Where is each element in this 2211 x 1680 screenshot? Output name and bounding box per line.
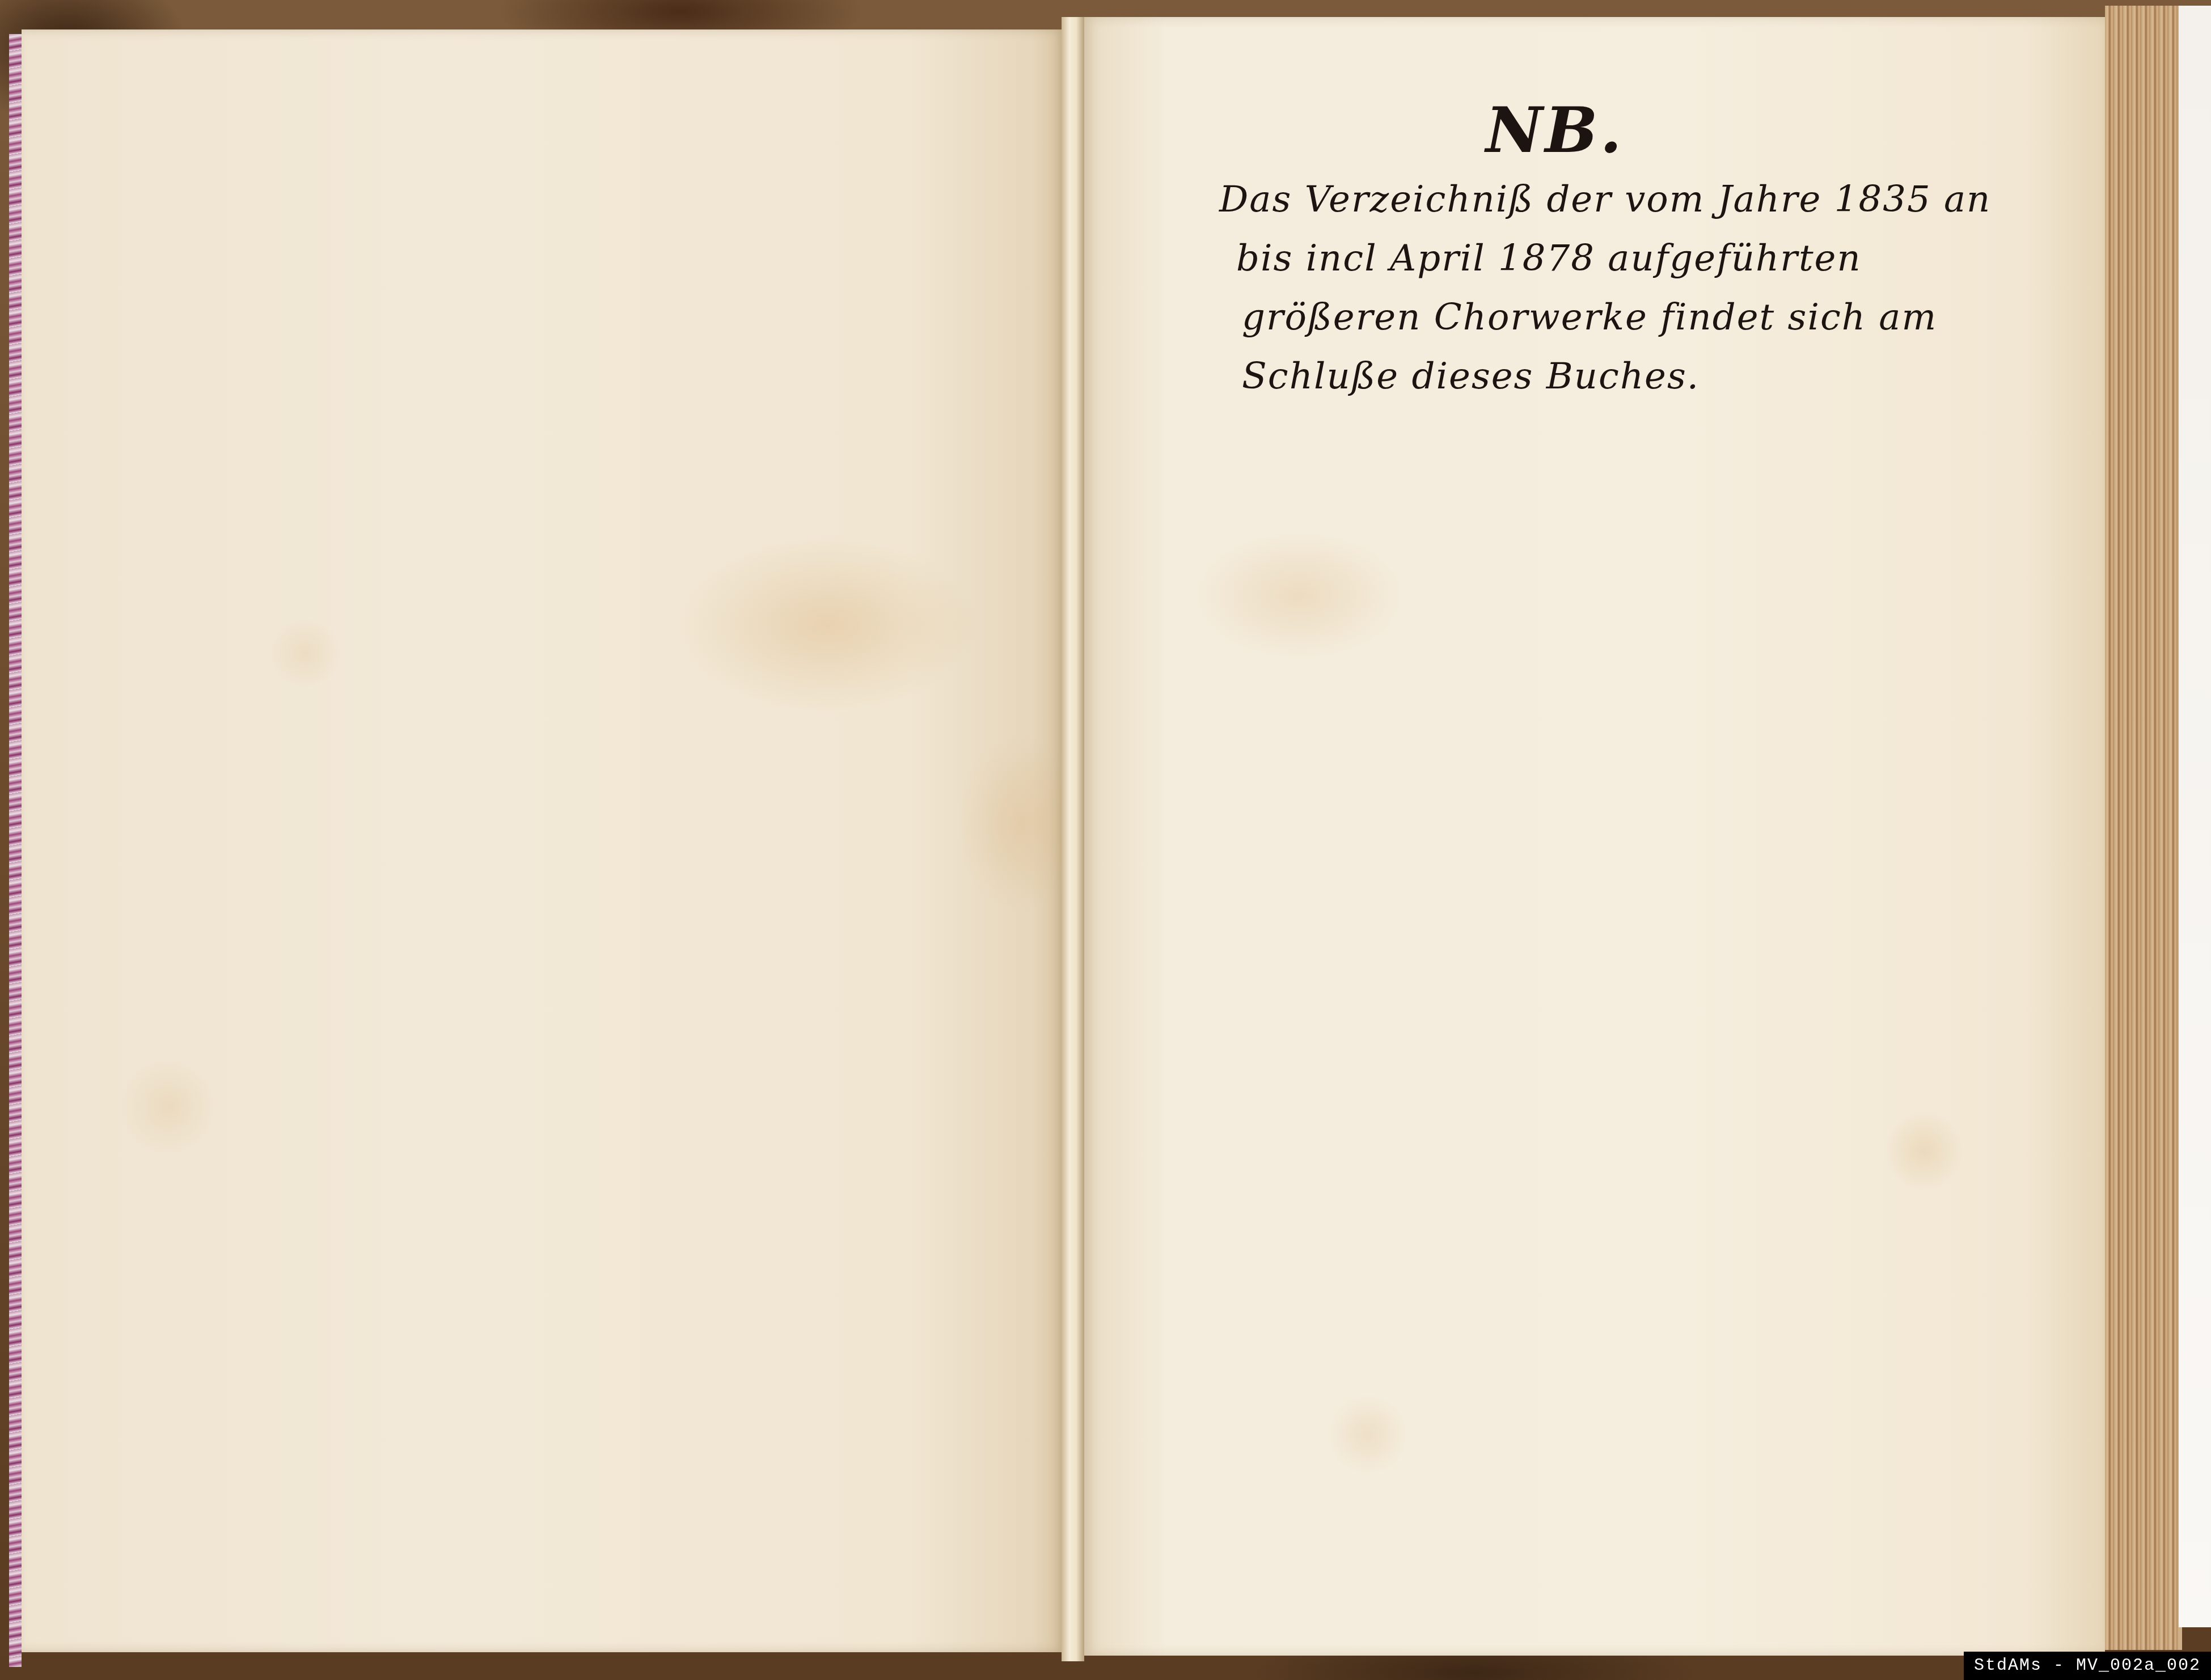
left-page (22, 29, 1064, 1652)
marbled-cover-edge (9, 34, 22, 1667)
note-line: Das Verzeichniß der vom Jahre 1835 an (1219, 170, 2098, 229)
archive-id-label: StdAMs - MV_002a_002 (1964, 1652, 2211, 1680)
note-heading: NB. (1486, 91, 2098, 170)
book-gutter (1062, 17, 1084, 1661)
note-line: Schluße dieses Buches. (1242, 347, 2098, 406)
note-line: bis incl April 1878 aufgeführten (1236, 229, 2098, 288)
scan-background (2179, 6, 2211, 1627)
document-scan: NB. Das Verzeichniß der vom Jahre 1835 a… (0, 0, 2211, 1680)
handwritten-note: NB. Das Verzeichniß der vom Jahre 1835 a… (1219, 91, 2098, 406)
note-line: größeren Chorwerke findet sich am (1242, 288, 2098, 347)
page-block-edges (2105, 6, 2182, 1650)
